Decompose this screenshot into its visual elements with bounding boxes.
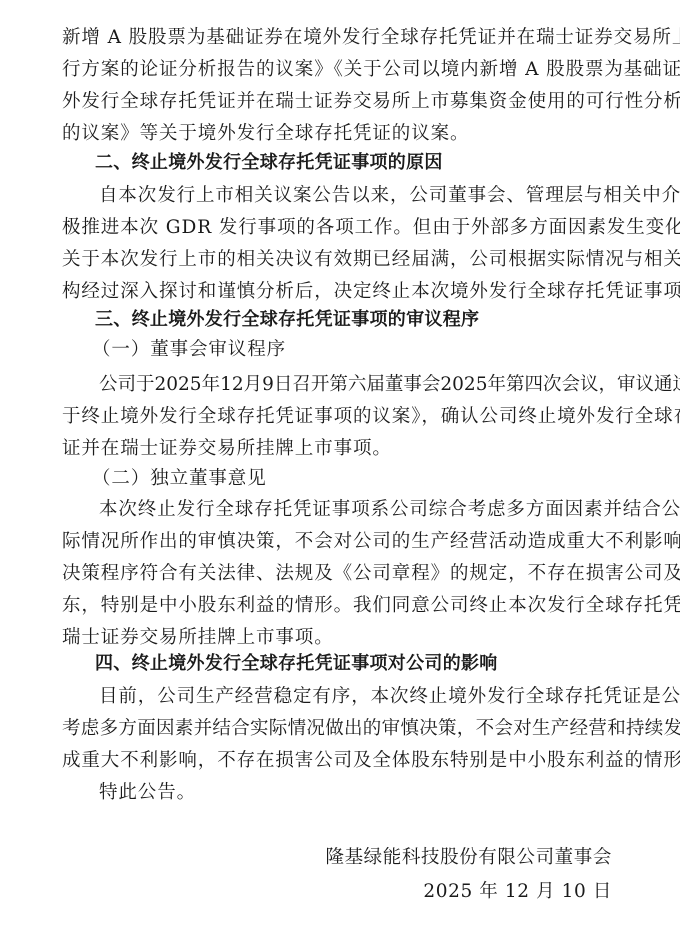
text-line: 构经过深入探讨和谨慎分析后，决定终止本次境外发行全球存托凭证事项。 [62,280,618,304]
text-line: 目前，公司生产经营稳定有序，本次终止境外发行全球存托凭证是公司综合 [62,685,618,709]
text-line: 新增 A 股股票为基础证券在境外发行全球存托凭证并在瑞士证券交易所上市发 [62,26,618,50]
text-line: 的议案》等关于境外发行全球存托凭证的议案。 [62,122,618,146]
text-line: 际情况所作出的审慎决策，不会对公司的生产经营活动造成重大不利影响，相关 [62,530,618,554]
text-line: 关于本次发行上市的相关决议有效期已经届满，公司根据实际情况与相关中介机 [62,248,618,272]
text-line: 决策程序符合有关法律、法规及《公司章程》的规定，不存在损害公司及全体股 [62,562,618,586]
section-heading: 四、终止境外发行全球存托凭证事项对公司的影响 [62,652,618,676]
text-line: 证并在瑞士证券交易所挂牌上市事项。 [62,437,618,461]
closing-statement: 特此公告。 [62,781,618,805]
signature-company: 隆基绿能科技股份有限公司董事会 [325,846,612,870]
text-line: 考虑多方面因素并结合实际情况做出的审慎决策，不会对生产经营和持续发展造 [62,717,618,741]
subsection-heading: （二）独立董事意见 [62,467,618,491]
text-line: 于终止境外发行全球存托凭证事项的议案》，确认公司终止境外发行全球存托凭 [62,405,618,429]
subsection-heading: （一）董事会审议程序 [62,338,618,362]
text-line: 本次终止发行全球存托凭证事项系公司综合考虑多方面因素并结合公司实 [62,498,618,522]
section-heading: 三、终止境外发行全球存托凭证事项的审议程序 [62,308,618,332]
signature-date: 2025 年 12 月 10 日 [423,880,612,904]
text-line: 极推进本次 GDR 发行事项的各项工作。但由于外部多方面因素发生变化，且公司 [62,216,618,240]
text-line: 东，特别是中小股东利益的情形。我们同意公司终止本次发行全球存托凭证并在 [62,594,618,618]
text-line: 瑞士证券交易所挂牌上市事项。 [62,626,618,650]
section-heading: 二、终止境外发行全球存托凭证事项的原因 [62,151,618,175]
text-line: 公司于2025年12月9日召开第六届董事会2025年第四次会议，审议通过了《关 [62,373,618,397]
text-line: 外发行全球存托凭证并在瑞士证券交易所上市募集资金使用的可行性分析报告 [62,90,618,114]
text-line: 成重大不利影响，不存在损害公司及全体股东特别是中小股东利益的情形。 [62,749,618,773]
text-line: 自本次发行上市相关议案公告以来，公司董事会、管理层与相关中介机构积 [62,184,618,208]
text-line: 行方案的论证分析报告的议案》《关于公司以境内新增 A 股股票为基础证券在境 [62,58,618,82]
